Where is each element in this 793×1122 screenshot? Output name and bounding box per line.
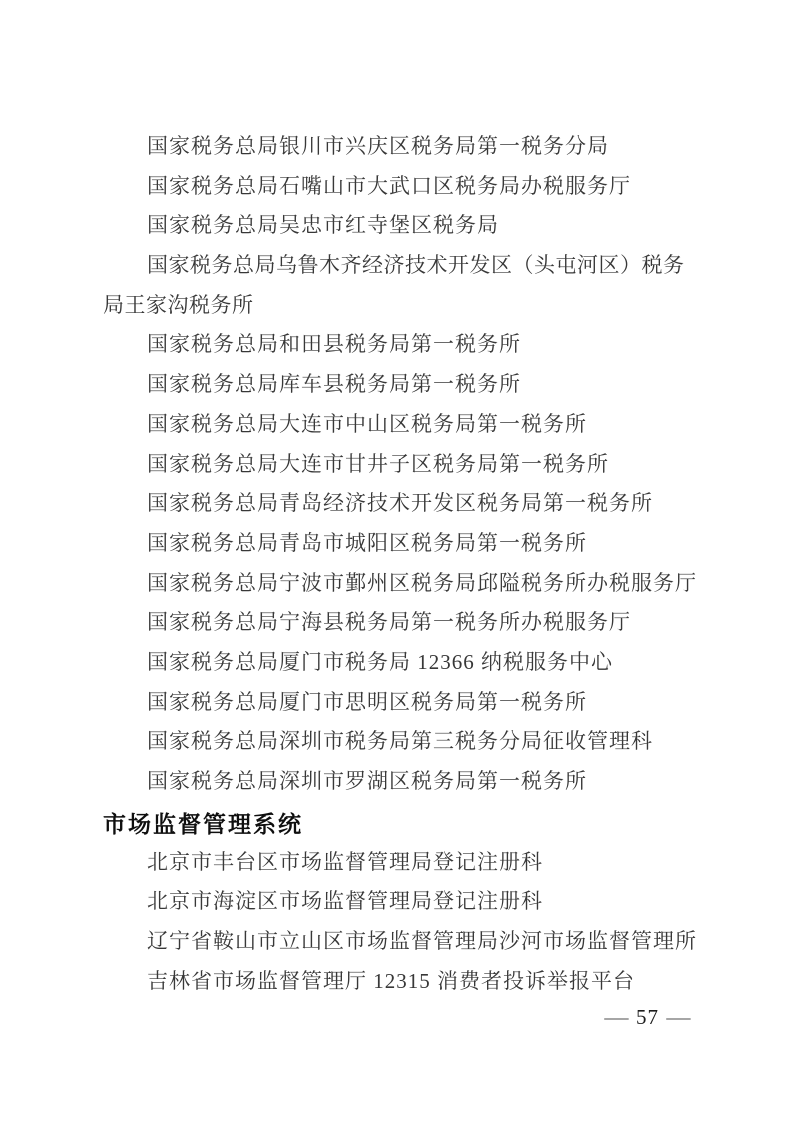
page-number: 57 — [636, 1005, 659, 1030]
tax-bureau-line: 国家税务总局库车县税务局第一税务所 — [103, 365, 695, 405]
market-regulator-line: 北京市海淀区市场监督管理局登记注册科 — [103, 882, 695, 922]
tax-bureau-line: 国家税务总局深圳市税务局第三税务分局征收管理科 — [103, 722, 695, 762]
market-regulator-line: 吉林省市场监督管理厅 12315 消费者投诉举报平台 — [103, 962, 695, 1002]
tax-bureau-line: 国家税务总局银川市兴庆区税务局第一税务分局 — [103, 127, 695, 167]
tax-bureau-line: 国家税务总局吴忠市红寺堡区税务局 — [103, 206, 695, 246]
tax-bureau-line: 国家税务总局青岛市城阳区税务局第一税务所 — [103, 524, 695, 564]
tax-bureau-line: 国家税务总局青岛经济技术开发区税务局第一税务所 — [103, 484, 695, 524]
tax-bureau-line-continuation: 局王家沟税务所 — [103, 286, 695, 326]
tax-bureau-line: 国家税务总局深圳市罗湖区税务局第一税务所 — [103, 762, 695, 802]
tax-bureau-line: 国家税务总局和田县税务局第一税务所 — [103, 325, 695, 365]
tax-bureau-line: 国家税务总局厦门市税务局 12366 纳税服务中心 — [103, 643, 695, 683]
tax-bureau-line: 国家税务总局乌鲁木齐经济技术开发区（头屯河区）税务 — [103, 246, 695, 286]
market-regulator-line: 辽宁省鞍山市立山区市场监督管理局沙河市场监督管理所 — [103, 922, 695, 962]
tax-bureau-line: 国家税务总局宁海县税务局第一税务所办税服务厅 — [103, 603, 695, 643]
market-regulator-line: 北京市丰台区市场监督管理局登记注册科 — [103, 843, 695, 883]
document-body: 国家税务总局银川市兴庆区税务局第一税务分局 国家税务总局石嘴山市大武口区税务局办… — [103, 127, 695, 1001]
tax-bureau-line: 国家税务总局大连市甘井子区税务局第一税务所 — [103, 445, 695, 485]
tax-bureau-line: 国家税务总局宁波市鄞州区税务局邱隘税务所办税服务厅 — [103, 564, 695, 604]
tax-bureau-line: 国家税务总局厦门市思明区税务局第一税务所 — [103, 683, 695, 723]
tax-bureau-line: 国家税务总局大连市中山区税务局第一税务所 — [103, 405, 695, 445]
page-footer: — 57 — — [606, 1002, 689, 1032]
document-page: 国家税务总局银川市兴庆区税务局第一税务分局 国家税务总局石嘴山市大武口区税务局办… — [0, 0, 793, 1122]
footer-dash-right: — — [666, 1005, 690, 1030]
section-heading: 市场监督管理系统 — [103, 802, 695, 843]
tax-bureau-line: 国家税务总局石嘴山市大武口区税务局办税服务厅 — [103, 167, 695, 207]
footer-dash-left: — — [604, 1005, 628, 1030]
